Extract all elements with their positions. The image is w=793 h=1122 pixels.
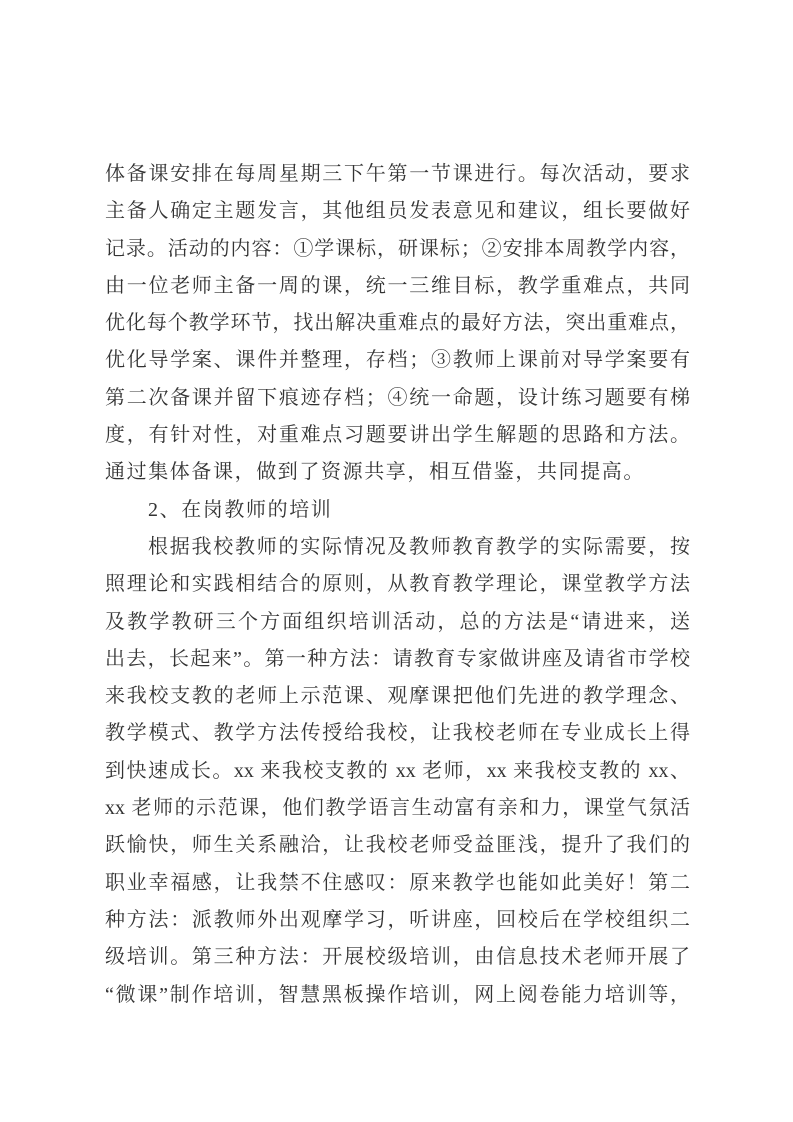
text-line: 主备人确定主题发言，其他组员发表意见和建议，组长要做好: [105, 193, 690, 230]
text-line: 及教学教研三个方面组织培训活动，总的方法是“请进来，送: [105, 604, 690, 641]
document-text-block: 体备课安排在每周星期三下午第一节课进行。每次活动，要求 主备人确定主题发言，其他…: [105, 156, 690, 1014]
text-line: “微课”制作培训，智慧黑板操作培训，网上阅卷能力培训等，: [105, 977, 690, 1014]
text-line: 教学模式、教学方法传授给我校，让我校老师在专业成长上得: [105, 715, 690, 752]
paragraph-end-line: 通过集体备课，做到了资源共享，相互借鉴，共同提高。: [105, 454, 690, 491]
text-line: 优化每个教学环节，找出解决重难点的最好方法，突出重难点，: [105, 305, 690, 342]
text-line: 照理论和实践相结合的原则，从教育教学理论，课堂教学方法: [105, 566, 690, 603]
section-heading: 2、在岗教师的培训: [105, 492, 690, 529]
paragraph-start-line: 根据我校教师的实际情况及教师教育教学的实际需要，按: [105, 529, 690, 566]
text-line: 到快速成长。xx 来我校支教的 xx 老师，xx 来我校支教的 xx、: [105, 753, 690, 790]
text-line: 职业幸福感，让我禁不住感叹：原来教学也能如此美好！第二: [105, 865, 690, 902]
text-line: 记录。活动的内容：①学课标，研课标；②安排本周教学内容，: [105, 231, 690, 268]
text-line: 级培训。第三种方法：开展校级培训，由信息技术老师开展了: [105, 939, 690, 976]
text-line: 出去，长起来”。第一种方法：请教育专家做讲座及请省市学校: [105, 641, 690, 678]
text-line: xx 老师的示范课，他们教学语言生动富有亲和力，课堂气氛活: [105, 790, 690, 827]
text-line: 体备课安排在每周星期三下午第一节课进行。每次活动，要求: [105, 156, 690, 193]
text-line: 来我校支教的老师上示范课、观摩课把他们先进的教学理念、: [105, 678, 690, 715]
text-line: 第二次备课并留下痕迹存档；④统一命题，设计练习题要有梯: [105, 380, 690, 417]
text-line: 度，有针对性，对重难点习题要讲出学生解题的思路和方法。: [105, 417, 690, 454]
text-line: 种方法：派教师外出观摩学习，听讲座，回校后在学校组织二: [105, 902, 690, 939]
text-line: 优化导学案、课件并整理，存档；③教师上课前对导学案要有: [105, 342, 690, 379]
text-line: 跃愉快，师生关系融洽，让我校老师受益匪浅，提升了我们的: [105, 827, 690, 864]
document-page: 体备课安排在每周星期三下午第一节课进行。每次活动，要求 主备人确定主题发言，其他…: [0, 0, 793, 1122]
text-line: 由一位老师主备一周的课，统一三维目标，教学重难点，共同: [105, 268, 690, 305]
